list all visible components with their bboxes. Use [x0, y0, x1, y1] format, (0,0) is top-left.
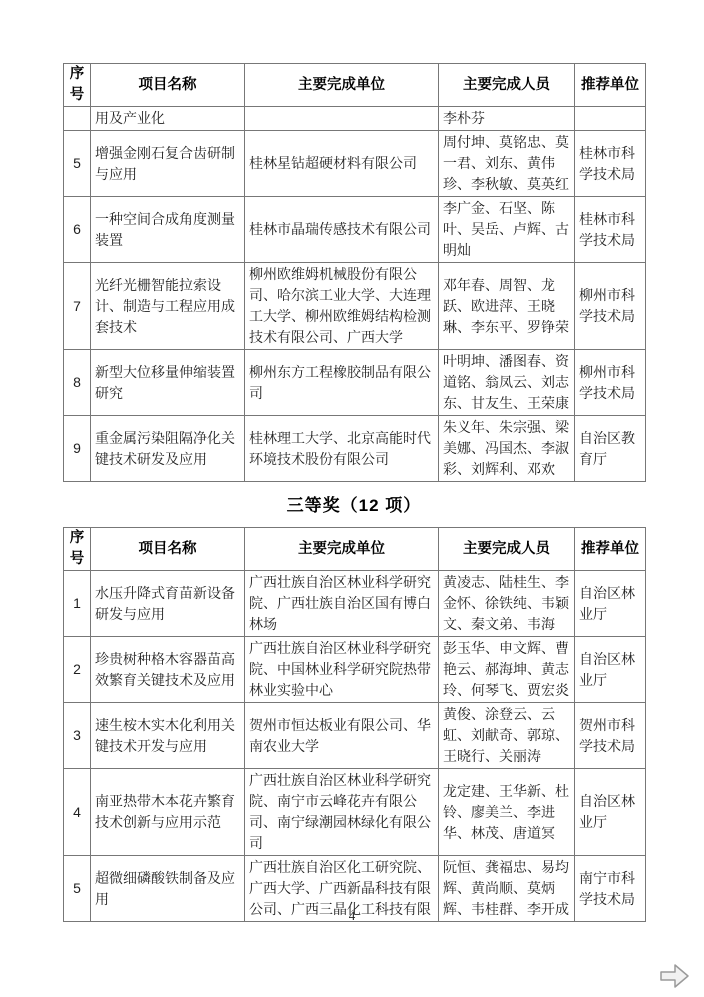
- cell-main-units: 桂林市晶瑞传感技术有限公司: [245, 197, 439, 263]
- cell-recommender: 自治区林业厅: [575, 637, 646, 703]
- table-row: 9重金属污染阻隔净化关键技术研发及应用桂林理工大学、北京高能时代环境技术股份有限…: [64, 416, 646, 482]
- cell-seq-no: 4: [64, 769, 91, 856]
- cell-recommender: 桂林市科学技术局: [575, 131, 646, 197]
- cell-main-units: 桂林理工大学、北京高能时代环境技术股份有限公司: [245, 416, 439, 482]
- cell-project-name: 速生桉木实木化利用关键技术开发与应用: [91, 703, 245, 769]
- column-header-cell-main-people: 主要完成人员: [439, 64, 575, 107]
- cell-recommender: 自治区林业厅: [575, 769, 646, 856]
- cell-project-name: 水压升降式育苗新设备研发与应用: [91, 571, 245, 637]
- column-header-cell-main-units: 主要完成单位: [245, 64, 439, 107]
- next-page-arrow-icon[interactable]: [659, 963, 691, 989]
- third-prize-table: 序号项目名称主要完成单位主要完成人员推荐单位 1水压升降式育苗新设备研发与应用广…: [63, 527, 646, 922]
- cell-main-units: 广西壮族自治区林业科学研究院、中国林业科学研究院热带林业实验中心: [245, 637, 439, 703]
- table-row: 8新型大位移量伸缩装置研究柳州东方工程橡胶制品有限公司叶明坤、潘图春、资道铭、翁…: [64, 350, 646, 416]
- cell-project-name: 光纤光栅智能拉索设计、制造与工程应用成套技术: [91, 263, 245, 350]
- cell-recommender: 柳州市科学技术局: [575, 263, 646, 350]
- table-row: 5增强金刚石复合齿研制与应用桂林星钻超硬材料有限公司周付坤、莫铭忠、莫一君、刘东…: [64, 131, 646, 197]
- column-header-cell-main-units: 主要完成单位: [245, 528, 439, 571]
- cell-project-name: 珍贵树种格木容器苗高效繁育关键技术及应用: [91, 637, 245, 703]
- cell-main-units: [245, 107, 439, 131]
- column-header-cell-recommender: 推荐单位: [575, 64, 646, 107]
- column-header-cell-seq-no: 序号: [64, 528, 91, 571]
- table-row: 6一种空间合成角度测量装置桂林市晶瑞传感技术有限公司李广金、石坚、陈叶、吴岳、卢…: [64, 197, 646, 263]
- cell-project-name: 增强金刚石复合齿研制与应用: [91, 131, 245, 197]
- column-header-cell-recommender: 推荐单位: [575, 528, 646, 571]
- table-row: 2珍贵树种格木容器苗高效繁育关键技术及应用广西壮族自治区林业科学研究院、中国林业…: [64, 637, 646, 703]
- column-header-cell-project-name: 项目名称: [91, 528, 245, 571]
- cell-recommender: 贺州市科学技术局: [575, 703, 646, 769]
- cell-recommender: 桂林市科学技术局: [575, 197, 646, 263]
- cell-seq-no: 3: [64, 703, 91, 769]
- table-row: 1水压升降式育苗新设备研发与应用广西壮族自治区林业科学研究院、广西壮族自治区国有…: [64, 571, 646, 637]
- table-row: 3速生桉木实木化利用关键技术开发与应用贺州市恒达板业有限公司、华南农业大学黄俊、…: [64, 703, 646, 769]
- table-header: 序号项目名称主要完成单位主要完成人员推荐单位: [64, 528, 646, 571]
- cell-main-people: 黄俊、涂登云、云虹、刘献奇、郭琼、王晓行、关丽涛: [439, 703, 575, 769]
- header-row: 序号项目名称主要完成单位主要完成人员推荐单位: [64, 528, 646, 571]
- cell-recommender: [575, 107, 646, 131]
- cell-main-units: 柳州东方工程橡胶制品有限公司: [245, 350, 439, 416]
- cell-project-name: 南亚热带木本花卉繁育技术创新与应用示范: [91, 769, 245, 856]
- cell-seq-no: 1: [64, 571, 91, 637]
- cell-main-people: 周付坤、莫铭忠、莫一君、刘东、黄伟珍、李秋敏、莫英红: [439, 131, 575, 197]
- column-header-cell-seq-no: 序号: [64, 64, 91, 107]
- cell-seq-no: 7: [64, 263, 91, 350]
- cell-main-people: 叶明坤、潘图春、资道铭、翁凤云、刘志东、甘友生、王荣康: [439, 350, 575, 416]
- cell-project-name: 一种空间合成角度测量装置: [91, 197, 245, 263]
- cell-main-people: 邓年春、周智、龙跃、欧进萍、王晓琳、李东平、罗铮荣: [439, 263, 575, 350]
- cell-seq-no: 8: [64, 350, 91, 416]
- cell-main-units: 广西壮族自治区林业科学研究院、广西壮族自治区国有博白林场: [245, 571, 439, 637]
- column-header-cell-main-people: 主要完成人员: [439, 528, 575, 571]
- cell-project-name: 重金属污染阻隔净化关键技术研发及应用: [91, 416, 245, 482]
- column-header-cell-project-name: 项目名称: [91, 64, 245, 107]
- cell-main-units: 桂林星钻超硬材料有限公司: [245, 131, 439, 197]
- cell-main-people: 李朴芬: [439, 107, 575, 131]
- cell-project-name: 新型大位移量伸缩装置研究: [91, 350, 245, 416]
- cell-main-units: 柳州欧维姆机械股份有限公司、哈尔滨工业大学、大连理工大学、柳州欧维姆结构检测技术…: [245, 263, 439, 350]
- cell-main-units: 广西壮族自治区林业科学研究院、南宁市云峰花卉有限公司、南宁绿潮园林绿化有限公司: [245, 769, 439, 856]
- cell-main-people: 龙定建、王华新、杜铃、廖美兰、李进华、林茂、唐道冥: [439, 769, 575, 856]
- document-page: 序号项目名称主要完成单位主要完成人员推荐单位 用及产业化李朴芬5增强金刚石复合齿…: [0, 0, 704, 997]
- page-number: 4: [0, 908, 704, 924]
- second-prize-table: 序号项目名称主要完成单位主要完成人员推荐单位 用及产业化李朴芬5增强金刚石复合齿…: [63, 63, 646, 482]
- cell-recommender: 柳州市科学技术局: [575, 350, 646, 416]
- table-body: 1水压升降式育苗新设备研发与应用广西壮族自治区林业科学研究院、广西壮族自治区国有…: [64, 571, 646, 922]
- cell-main-people: 彭玉华、申文辉、曹艳云、郝海坤、黄志玲、何琴飞、贾宏炎: [439, 637, 575, 703]
- table-body: 用及产业化李朴芬5增强金刚石复合齿研制与应用桂林星钻超硬材料有限公司周付坤、莫铭…: [64, 107, 646, 482]
- cell-seq-no: [64, 107, 91, 131]
- cell-seq-no: 2: [64, 637, 91, 703]
- cell-main-people: 李广金、石坚、陈叶、吴岳、卢辉、古明灿: [439, 197, 575, 263]
- table-header: 序号项目名称主要完成单位主要完成人员推荐单位: [64, 64, 646, 107]
- cell-main-people: 黄凌志、陆桂生、李金怀、徐铁纯、韦颖文、秦文弟、韦海: [439, 571, 575, 637]
- cell-main-units: 贺州市恒达板业有限公司、华南农业大学: [245, 703, 439, 769]
- cell-seq-no: 5: [64, 131, 91, 197]
- cell-seq-no: 6: [64, 197, 91, 263]
- third-prize-heading: 三等奖（12 项）: [63, 491, 645, 516]
- cell-recommender: 自治区林业厅: [575, 571, 646, 637]
- cell-seq-no: 9: [64, 416, 91, 482]
- table-row: 用及产业化李朴芬: [64, 107, 646, 131]
- table-row: 7光纤光栅智能拉索设计、制造与工程应用成套技术柳州欧维姆机械股份有限公司、哈尔滨…: [64, 263, 646, 350]
- header-row: 序号项目名称主要完成单位主要完成人员推荐单位: [64, 64, 646, 107]
- cell-project-name: 用及产业化: [91, 107, 245, 131]
- cell-recommender: 自治区教育厅: [575, 416, 646, 482]
- table-row: 4南亚热带木本花卉繁育技术创新与应用示范广西壮族自治区林业科学研究院、南宁市云峰…: [64, 769, 646, 856]
- cell-main-people: 朱义年、朱宗强、梁美娜、冯国杰、李淑彩、刘辉利、邓欢: [439, 416, 575, 482]
